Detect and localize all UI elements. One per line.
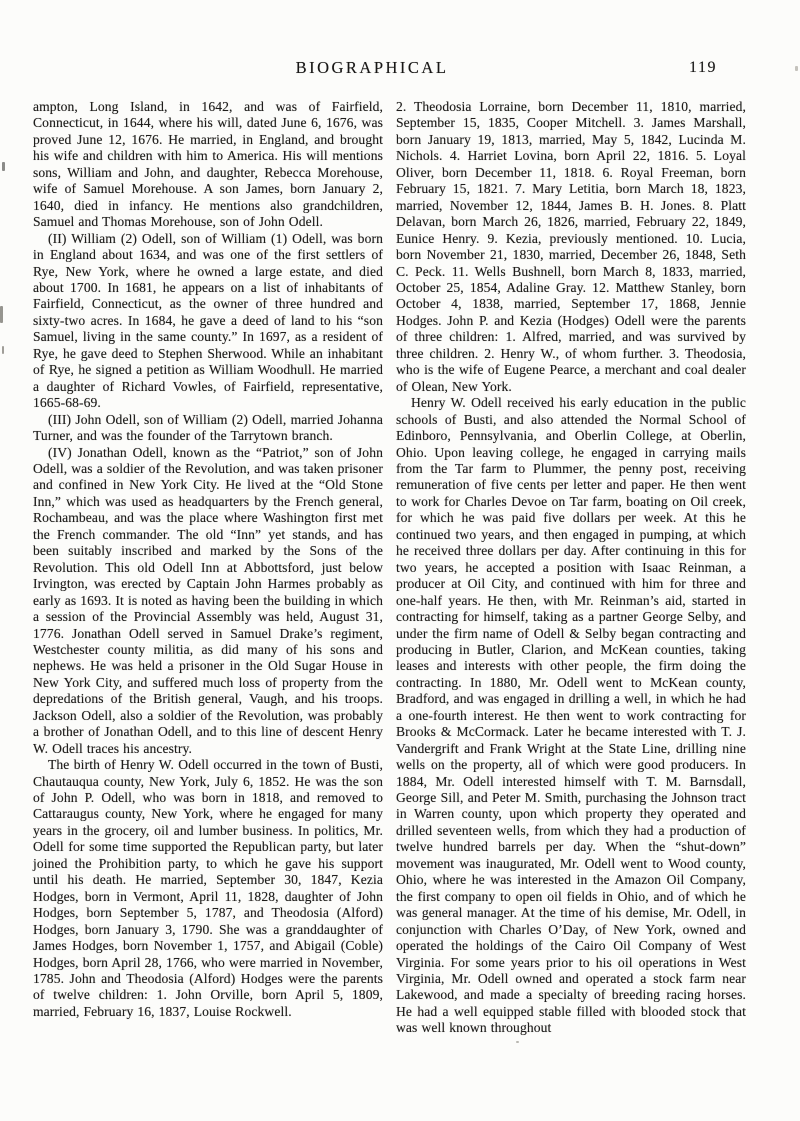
text-columns: ampton, Long Island, in 1642, and was of…: [33, 99, 745, 1037]
paragraph: (III) John Odell, son of William (2) Ode…: [33, 412, 383, 445]
scan-artifact: [2, 346, 4, 354]
scan-artifact: [2, 162, 5, 171]
left-column: ampton, Long Island, in 1642, and was of…: [33, 99, 383, 1037]
paragraph: (II) William (2) Odell, son of William (…: [33, 231, 383, 412]
paragraph: 2. Theodosia Lorraine, born December 11,…: [396, 99, 746, 395]
paragraph: ampton, Long Island, in 1642, and was of…: [33, 99, 383, 231]
page-number: 119: [681, 59, 725, 77]
scan-artifact: [795, 66, 798, 71]
scan-artifact: [0, 306, 3, 323]
right-column: 2. Theodosia Lorraine, born December 11,…: [396, 99, 746, 1037]
book-page: BIOGRAPHICAL 119 ampton, Long Island, in…: [0, 0, 800, 1121]
paragraph: (IV) Jonathan Odell, known as the “Patri…: [33, 445, 383, 758]
paragraph: Henry W. Odell received his early educat…: [396, 395, 746, 1037]
scan-artifact: [516, 1041, 519, 1043]
page-header-title: BIOGRAPHICAL: [0, 58, 744, 78]
paragraph: The birth of Henry W. Odell occurred in …: [33, 757, 383, 1020]
